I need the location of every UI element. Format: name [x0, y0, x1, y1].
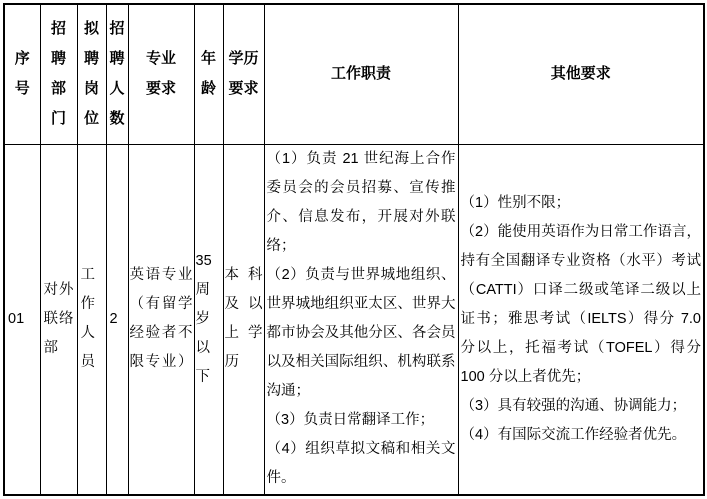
cell-serial-number: 01 — [4, 144, 40, 495]
recruitment-table: 序 号 招 聘 部 门 拟 聘 岗 位 招 聘 人 数 专业 要求 年 龄 学历… — [3, 3, 705, 496]
table-row: 01 对外 联络 部 工 作 人 员 2 英语专业 （有留学 经验者不 限专业）… — [4, 144, 704, 495]
header-row: 序 号 招 聘 部 门 拟 聘 岗 位 招 聘 人 数 专业 要求 年 龄 学历… — [4, 4, 704, 144]
header-serial-number: 序 号 — [4, 4, 40, 144]
header-major-requirement: 专业 要求 — [128, 4, 194, 144]
cell-job-duties: （1）负责 21 世纪海上合作委员会的会员招募、宣传推介、信息发布，开展对外联络… — [264, 144, 458, 495]
header-headcount: 招 聘 人 数 — [106, 4, 128, 144]
header-other-requirements: 其他要求 — [458, 4, 704, 144]
header-education-requirement: 学历 要求 — [223, 4, 264, 144]
cell-proposed-position: 工 作 人 员 — [77, 144, 106, 495]
cell-headcount: 2 — [106, 144, 128, 495]
header-job-duties: 工作职责 — [264, 4, 458, 144]
header-age: 年 龄 — [194, 4, 223, 144]
header-proposed-position: 拟 聘 岗 位 — [77, 4, 106, 144]
cell-recruiting-department: 对外 联络 部 — [40, 144, 77, 495]
cell-major-requirement: 英语专业 （有留学 经验者不 限专业） — [128, 144, 194, 495]
cell-education-requirement: 本科 及以 上学 历 — [223, 144, 264, 495]
cell-age: 35 周 岁 以 下 — [194, 144, 223, 495]
cell-other-requirements: （1）性别不限； （2）能使用英语作为日常工作语言，持有全国翻译专业资格（水平）… — [458, 144, 704, 495]
header-recruiting-department: 招 聘 部 门 — [40, 4, 77, 144]
recruitment-document-page: 序 号 招 聘 部 门 拟 聘 岗 位 招 聘 人 数 专业 要求 年 龄 学历… — [0, 0, 707, 499]
